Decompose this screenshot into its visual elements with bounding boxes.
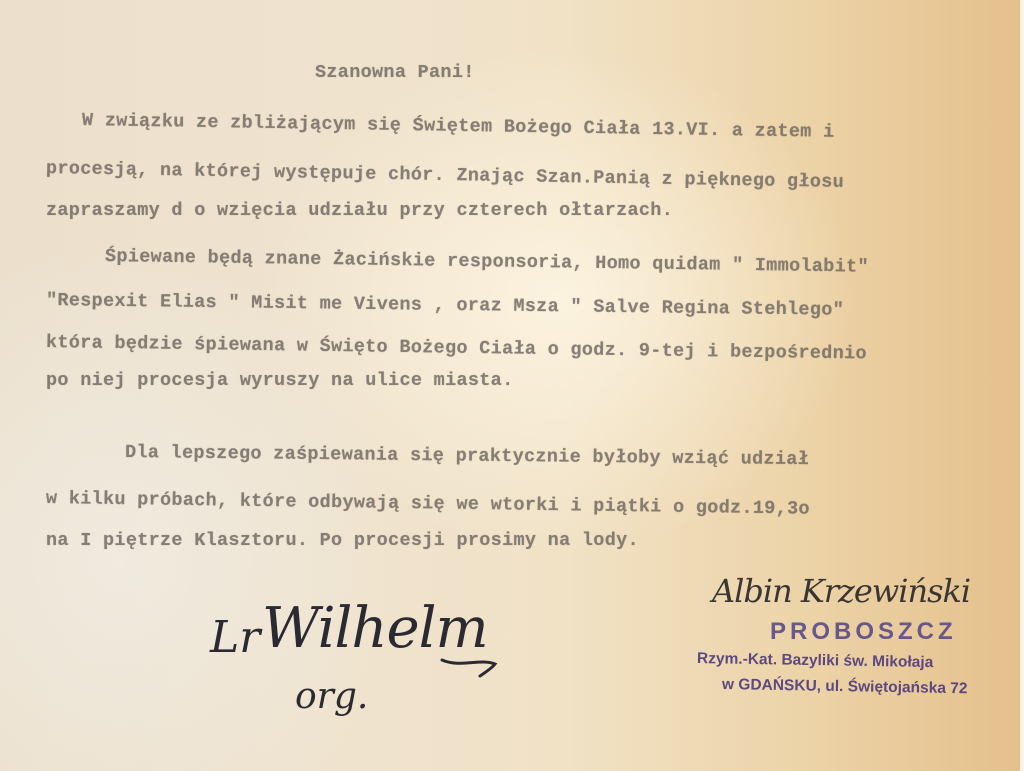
letter-line-10: na I piętrze Klasztoru. Po procesji pros… xyxy=(46,530,639,551)
organist-signature-initial: Lr xyxy=(210,612,260,663)
letter-line-3: zapraszamy d o wzięcia udziału przy czte… xyxy=(46,200,673,221)
letter-line-1: W związku ze zbliżającym się Świętem Boż… xyxy=(82,110,835,143)
letter-line-6: która będzie śpiewana w Święto Bożego Ci… xyxy=(46,332,867,364)
letter-line-9: w kilku próbach, które odbywają się we w… xyxy=(46,488,810,520)
organist-role: org. xyxy=(295,676,368,717)
letter-line-8: Dla lepszego zaśpiewania się praktycznie… xyxy=(125,442,809,470)
priest-signature: Albin Krzewiński xyxy=(712,572,970,610)
letter-line-5: "Respexit Elias " Misit me Vivens , oraz… xyxy=(46,290,844,321)
letter-line-4: Śpiewane będą znane Żacińskie responsori… xyxy=(105,246,869,278)
paper-edge xyxy=(1020,0,1024,771)
stamp-title: PROBOSZCZ xyxy=(770,618,957,646)
salutation: Szanowna Pani! xyxy=(315,62,475,83)
stamp-line-1: Rzym.-Kat. Bazyliki św. Mikołaja xyxy=(697,650,934,672)
letter-line-2: procesją, na której występuje chór. Znaj… xyxy=(46,158,844,193)
stamp-line-2: w GDAŃSKU, ul. Świętojańska 72 xyxy=(722,676,968,698)
letter-line-7: po niej procesja wyruszy na ulice miasta… xyxy=(46,370,513,391)
signature-flourish-icon xyxy=(440,650,500,680)
